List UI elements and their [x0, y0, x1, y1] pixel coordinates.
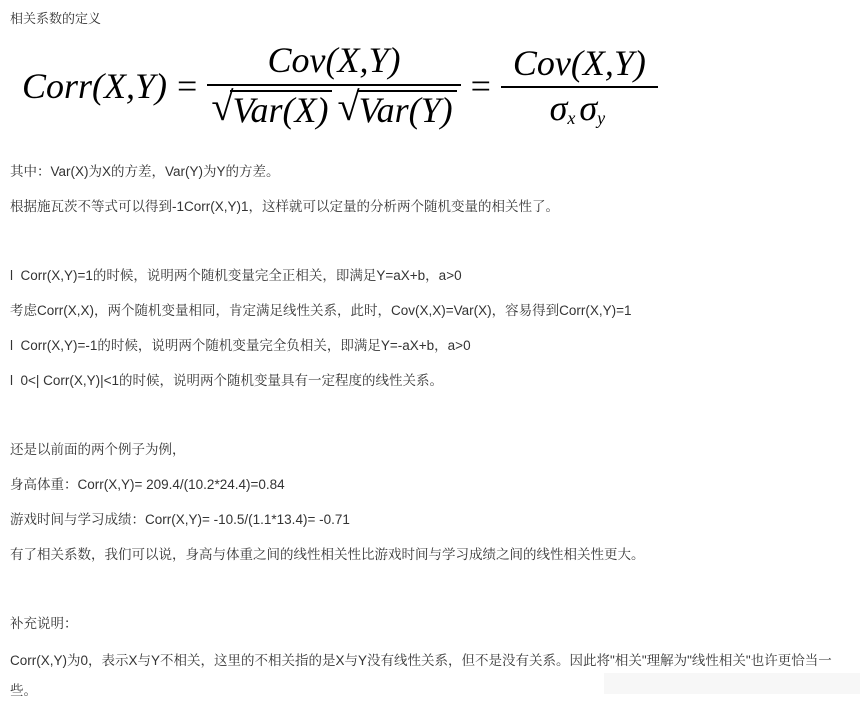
paragraph-game-score: 游戏时间与学习成绩：Corr(X,Y)= -10.5/(1.1*13.4)= -…	[10, 510, 853, 530]
sigma-symbol: σ	[550, 90, 568, 126]
bullet-corr-equals-neg1: l Corr(X,Y)=-1的时候，说明两个随机变量完全负相关，即满足Y=-aX…	[10, 336, 853, 356]
sigma-symbol: σ	[579, 90, 597, 126]
formula-lhs: Corr(X,Y)	[22, 65, 167, 107]
square-root: √ Var(X)	[211, 90, 332, 130]
article-body: 其中：Var(X)为X的方差，Var(Y)为Y的方差。 根据施瓦茨不等式可以得到…	[0, 162, 863, 704]
radicand: Var(X)	[230, 90, 332, 130]
fraction-numerator: Cov(X,Y)	[255, 42, 412, 84]
correlation-formula: Corr(X,Y) = Cov(X,Y) √ Var(X) √ Var(Y) =…	[22, 40, 863, 132]
article-page: 相关系数的定义 Corr(X,Y) = Cov(X,Y) √ Var(X) √ …	[0, 0, 863, 704]
fraction-sigma: Cov(X,Y) σ x σ y	[501, 45, 658, 128]
equals-sign: =	[471, 65, 491, 107]
bullet-corr-between-0-1: l 0<| Corr(X,Y)|<1的时候，说明两个随机变量具有一定程度的线性关…	[10, 371, 853, 391]
sigma-y: σ y	[579, 90, 609, 127]
paragraph-corr-xx: 考虑Corr(X,X)，两个随机变量相同，肯定满足线性关系，此时，Cov(X,X…	[10, 301, 853, 321]
paragraph-comparison: 有了相关系数，我们可以说，身高与体重之间的线性相关性比游戏时间与学习成绩之间的线…	[10, 545, 853, 565]
paragraph-variance-note: 其中：Var(X)为X的方差，Var(Y)为Y的方差。	[10, 162, 853, 182]
sigma-x: σ x	[550, 90, 580, 127]
paragraph-schwarz-inequality: 根据施瓦茨不等式可以得到-1Corr(X,Y)1，这样就可以定量的分析两个随机变…	[10, 197, 853, 217]
fraction-denominator: σ x σ y	[546, 88, 614, 127]
square-root: √ Var(Y)	[337, 90, 456, 130]
sigma-subscript: y	[597, 109, 605, 127]
fraction-numerator: Cov(X,Y)	[501, 45, 658, 87]
bottom-right-overlay	[604, 673, 860, 694]
paragraph-supplement-heading: 补充说明：	[10, 614, 853, 634]
fraction-denominator: √ Var(X) √ Var(Y)	[207, 86, 460, 130]
fraction-variance: Cov(X,Y) √ Var(X) √ Var(Y)	[207, 42, 460, 130]
bullet-corr-equals-1: l Corr(X,Y)=1的时候，说明两个随机变量完全正相关，即满足Y=aX+b…	[10, 266, 853, 286]
sigma-subscript: x	[567, 109, 575, 127]
radicand: Var(Y)	[357, 90, 457, 130]
paragraph-height-weight: 身高体重：Corr(X,Y)= 209.4/(10.2*24.4)=0.84	[10, 475, 853, 495]
equals-sign: =	[177, 65, 197, 107]
paragraph-examples-intro: 还是以前面的两个例子为例，	[10, 440, 853, 460]
page-title: 相关系数的定义	[10, 10, 863, 28]
